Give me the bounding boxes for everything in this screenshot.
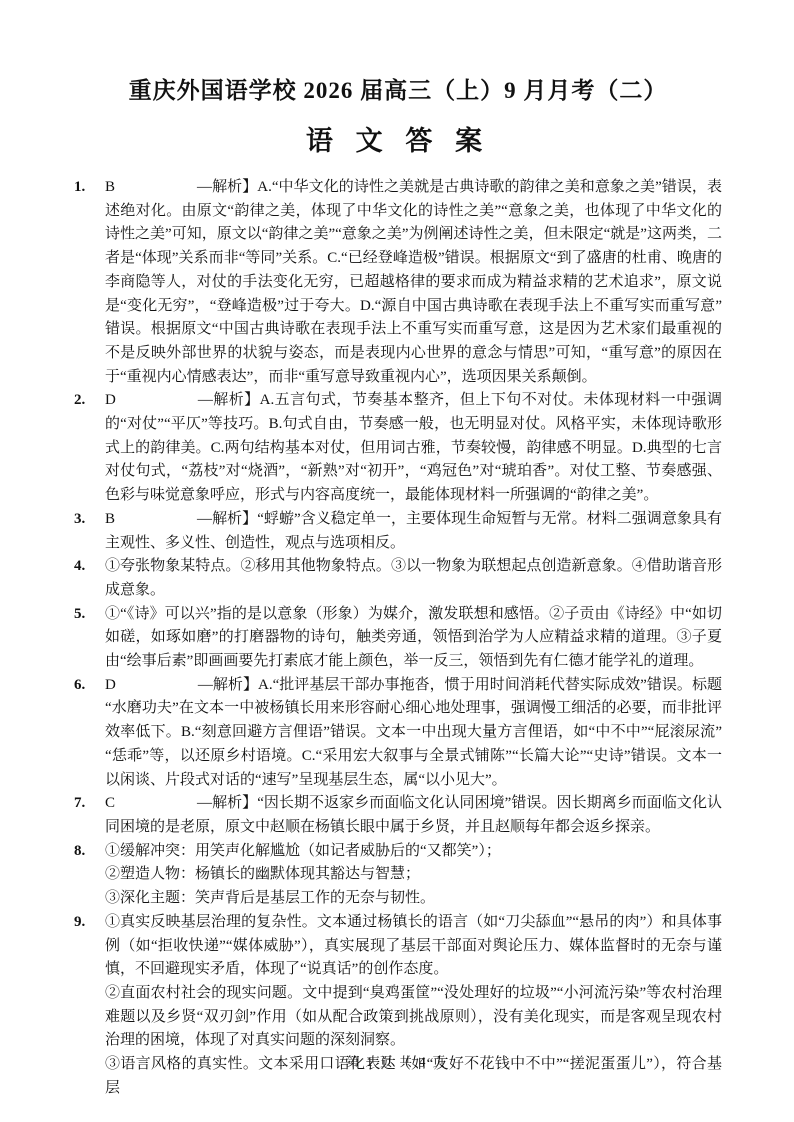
item-number: 9. (74, 911, 105, 935)
explanation-text: —解析】A.“批评基层干部办事拖沓，惯于用时间消耗代替实际成效”错误。标题“水磨… (105, 677, 722, 788)
explanation-paragraph: B—解析】“蜉蝣”含义稳定单一，主要体现生命短暂与无常。材料二强调意象具有主观性… (105, 508, 722, 555)
item-number: 3. (74, 508, 105, 532)
item-body: C—解析】“因长期不返家乡而面临文化认同困境”错误。因长期离乡而面临文化认同困境… (105, 792, 722, 839)
answer-item-7: 7. C—解析】“因长期不返家乡而面临文化认同困境”错误。因长期离乡而面临文化认… (74, 792, 722, 839)
explanation-text: —解析】“蜉蝣”含义稳定单一，主要体现生命短暂与无常。材料二强调意象具有主观性、… (105, 511, 722, 551)
explanation-paragraph: ①夸张物象某特点。②移用其他物象特点。③以一物象为联想起点创造新意象。④借助谐音… (105, 555, 722, 602)
explanation-paragraph: D—解析】A.五言句式，节奏基本整齐，但上下句不对仗。未体现材料一中强调的“对仗… (105, 389, 722, 508)
explanation-text: —解析】A.“中华文化的诗性之美就是古典诗歌的韵律之美和意象之美”错误，表述绝对… (105, 179, 722, 385)
item-number: 4. (74, 555, 105, 579)
item-body: B—解析】“蜉蝣”含义稳定单一，主要体现生命短暂与无常。材料二强调意象具有主观性… (105, 508, 722, 555)
answer-item-9: 9. ①真实反映基层治理的复杂性。文本通过杨镇长的语言（如“刀尖舔血”“悬吊的肉… (74, 911, 722, 1101)
explanation-paragraph: ②直面农村社会的现实问题。文中提到“臭鸡蛋筐”“没处理好的垃圾”“小河流污染”等… (105, 982, 722, 1053)
explanation-paragraph: ③深化主题：笑声背后是基层工作的无奈与韧性。 (105, 887, 722, 911)
answer-letter: D (105, 677, 116, 693)
explanation-paragraph: C—解析】“因长期不返家乡而面临文化认同困境”错误。因长期离乡而面临文化认同困境… (105, 792, 722, 839)
answer-letter: B (105, 179, 115, 195)
explanation-paragraph: ①真实反映基层治理的复杂性。文本通过杨镇长的语言（如“刀尖舔血”“悬吊的肉”）和… (105, 911, 722, 982)
explanation-paragraph: ①“《诗》可以兴”指的是以意象（形象）为媒介，激发联想和感悟。②子贡由《诗经》中… (105, 603, 722, 674)
explanation-text: —解析】A.五言句式，节奏基本整齐，但上下句不对仗。未体现材料一中强调的“对仗”… (105, 392, 722, 503)
answer-item-5: 5. ①“《诗》可以兴”指的是以意象（形象）为媒介，激发联想和感悟。②子贡由《诗… (74, 603, 722, 674)
item-body: ①真实反映基层治理的复杂性。文本通过杨镇长的语言（如“刀尖舔血”“悬吊的肉”）和… (105, 911, 722, 1101)
item-body: ①夸张物象某特点。②移用其他物象特点。③以一物象为联想起点创造新意象。④借助谐音… (105, 555, 722, 602)
page-number-footer: 第 1 页 共 4 页 (0, 1052, 794, 1070)
answer-letter: D (105, 392, 116, 408)
answer-item-2: 2. D—解析】A.五言句式，节奏基本整齐，但上下句不对仗。未体现材料一中强调的… (74, 389, 722, 508)
item-body: D—解析】A.五言句式，节奏基本整齐，但上下句不对仗。未体现材料一中强调的“对仗… (105, 389, 722, 508)
answer-list: 1. B—解析】A.“中华文化的诗性之美就是古典诗歌的韵律之美和意象之美”错误，… (74, 176, 722, 1100)
answer-item-8: 8. ①缓解冲突：用笑声化解尴尬（如记者威胁后的“又都笑”）； ②塑造人物：杨镇… (74, 840, 722, 911)
explanation-paragraph: ②塑造人物：杨镇长的幽默体现其豁达与智慧； (105, 863, 722, 887)
page-content: 重庆外国语学校 2026 届高三（上）9 月月考（二） 语 文 答 案 1. B… (74, 72, 722, 1100)
answer-item-3: 3. B—解析】“蜉蝣”含义稳定单一，主要体现生命短暂与无常。材料二强调意象具有… (74, 508, 722, 555)
item-body: ①缓解冲突：用笑声化解尴尬（如记者威胁后的“又都笑”）； ②塑造人物：杨镇长的幽… (105, 840, 722, 911)
answer-item-1: 1. B—解析】A.“中华文化的诗性之美就是古典诗歌的韵律之美和意象之美”错误，… (74, 176, 722, 389)
item-body: B—解析】A.“中华文化的诗性之美就是古典诗歌的韵律之美和意象之美”错误，表述绝… (105, 176, 722, 389)
item-body: D—解析】A.“批评基层干部办事拖沓，惯于用时间消耗代替实际成效”错误。标题“水… (105, 674, 722, 793)
item-number: 7. (74, 792, 105, 816)
item-number: 6. (74, 674, 105, 698)
answer-item-6: 6. D—解析】A.“批评基层干部办事拖沓，惯于用时间消耗代替实际成效”错误。标… (74, 674, 722, 793)
document-page: 重庆外国语学校 2026 届高三（上）9 月月考（二） 语 文 答 案 1. B… (0, 0, 794, 1122)
item-number: 2. (74, 389, 105, 413)
explanation-paragraph: B—解析】A.“中华文化的诗性之美就是古典诗歌的韵律之美和意象之美”错误，表述绝… (105, 176, 722, 389)
answer-letter: C (105, 795, 115, 811)
item-number: 1. (74, 176, 105, 200)
item-number: 5. (74, 603, 105, 627)
answer-letter: B (105, 511, 115, 527)
explanation-paragraph: D—解析】A.“批评基层干部办事拖沓，惯于用时间消耗代替实际成效”错误。标题“水… (105, 674, 722, 793)
answer-item-4: 4. ①夸张物象某特点。②移用其他物象特点。③以一物象为联想起点创造新意象。④借… (74, 555, 722, 602)
document-title: 重庆外国语学校 2026 届高三（上）9 月月考（二） (74, 72, 722, 105)
document-subtitle: 语 文 答 案 (74, 119, 722, 158)
explanation-text: —解析】“因长期不返家乡而面临文化认同困境”错误。因长期离乡而面临文化认同困境的… (105, 795, 722, 835)
explanation-paragraph: ①缓解冲突：用笑声化解尴尬（如记者威胁后的“又都笑”）； (105, 840, 722, 864)
item-number: 8. (74, 840, 105, 864)
item-body: ①“《诗》可以兴”指的是以意象（形象）为媒介，激发联想和感悟。②子贡由《诗经》中… (105, 603, 722, 674)
